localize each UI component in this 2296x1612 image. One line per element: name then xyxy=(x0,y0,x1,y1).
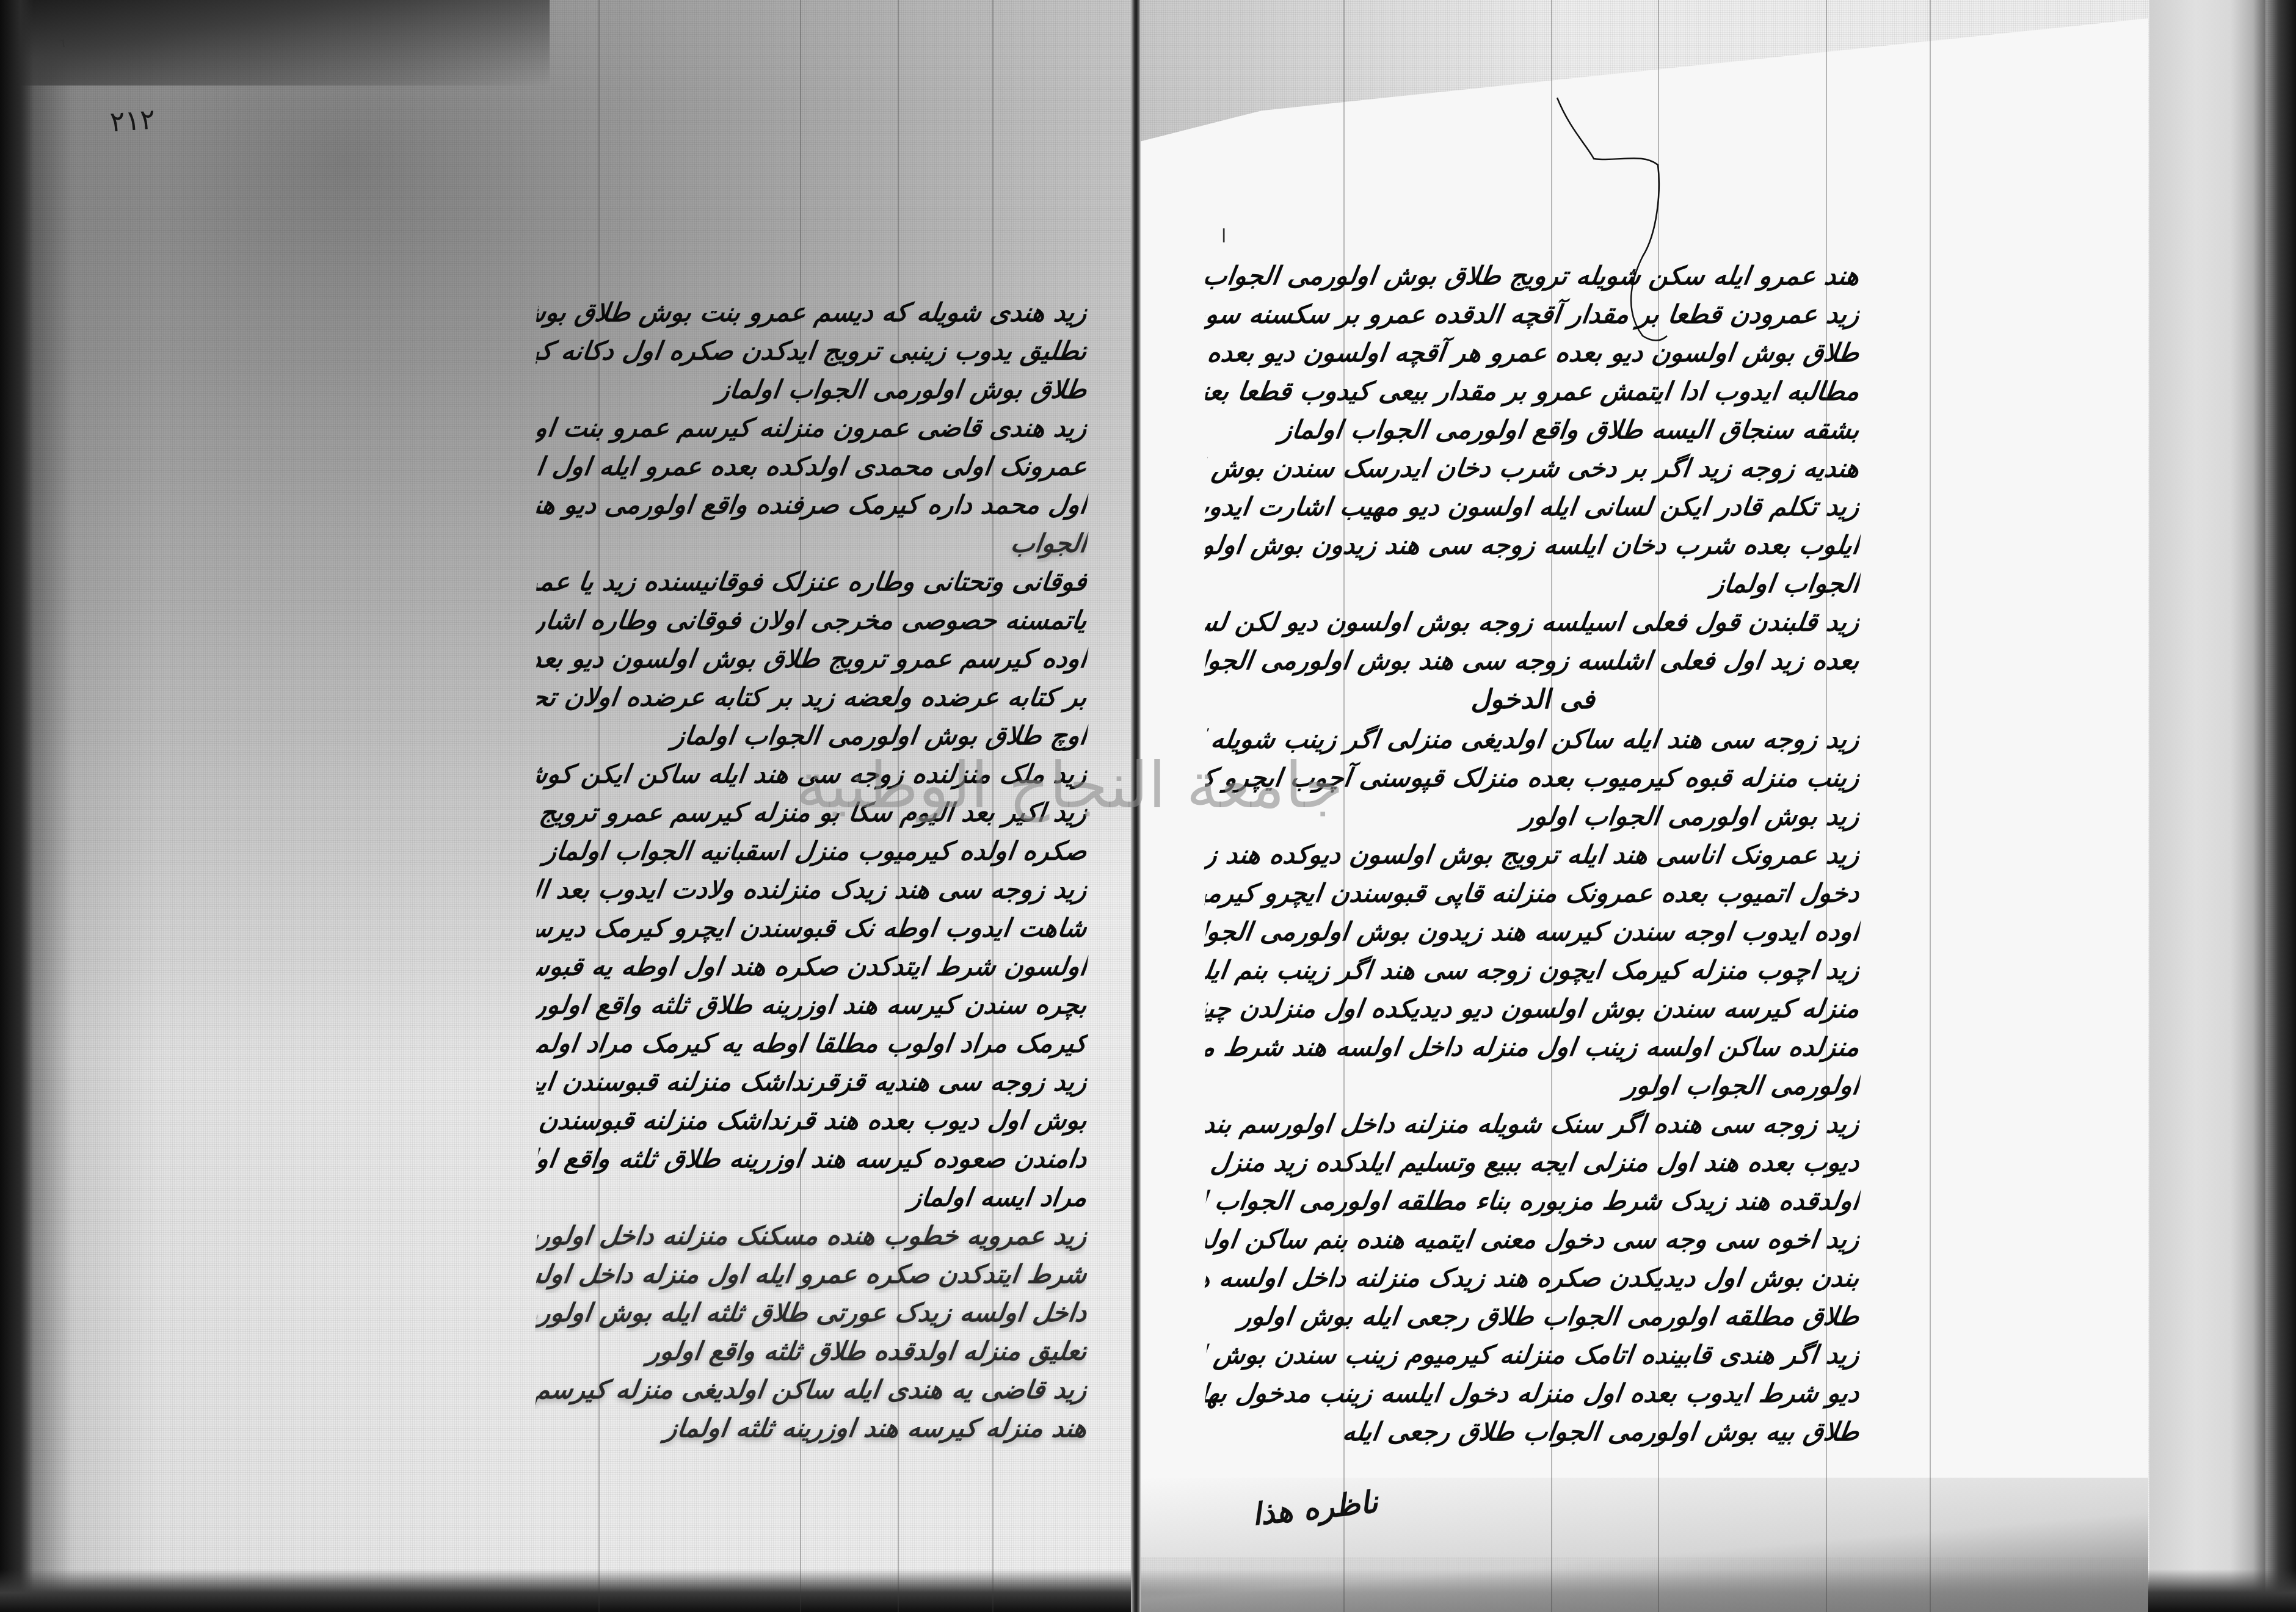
scan-edge-right xyxy=(2253,0,2296,1612)
right-page-text: هند عمرو ایله سکن شویله ترویج طلاق بوش ا… xyxy=(1206,256,1859,1451)
manuscript-line: زید زوجه سی هند ایله ساکن اولدیغی منزلی … xyxy=(1204,720,1862,758)
binding-gutter xyxy=(1131,0,1141,1612)
manuscript-line: عمرونک اولی محمدی اولدکده بعده عمرو ایله… xyxy=(535,447,1090,485)
manuscript-line: شرط ایتدکدن صکره عمرو ایله اول منزله داخ… xyxy=(535,1255,1090,1293)
manuscript-line: دیوب بعده هند اول منزلی ایجه ببیع وتسلیم… xyxy=(1204,1143,1862,1182)
manuscript-line: مراد ایسه اولماز xyxy=(535,1178,1090,1216)
manuscript-line: فوقانی وتحتانی وطاره عنزلک فوقانیسنده زی… xyxy=(535,562,1090,601)
manuscript-line: هند منزله کیرسه هند اوزرینه ثلثه اولماز xyxy=(535,1409,1090,1447)
manuscript-line: طلاق بوش اولورمی الجواب اولماز xyxy=(535,370,1090,408)
manuscript-line: زید اکیر بعد الیوم سکا بو منزله کیرسم عم… xyxy=(535,793,1090,832)
manuscript-line: الجواب xyxy=(535,524,1090,562)
scan-edge-left xyxy=(0,0,34,1612)
manuscript-line: زید اچوب منزله کیرمک ایچون زوجه سی هند ا… xyxy=(1204,951,1862,989)
manuscript-line: کیرمک مراد اولوب مطلقا اوطه یه کیرمک مرا… xyxy=(535,1024,1090,1062)
manuscript-line: منزلده ساکن اولسه زینب اول منزله داخل او… xyxy=(1204,1028,1862,1066)
manuscript-line: هند عمرو ایله سکن شویله ترویج طلاق بوش ا… xyxy=(1204,256,1862,295)
manuscript-line: ایلوب بعده شرب دخان ایلسه زوجه سی هند زی… xyxy=(1204,526,1862,564)
manuscript-line: منزله کیرسه سندن بوش اولسون دیو دیدیکده … xyxy=(1204,989,1862,1028)
manuscript-line: اوچ طلاق بوش اولورمی الجواب اولماز xyxy=(535,716,1090,755)
manuscript-line: زید زوجه سی هندیه قزقرنداشک منزلنه قبوسن… xyxy=(535,1062,1090,1101)
manuscript-line: طلاق مطلقه اولورمی الجواب طلاق رجعی ایله… xyxy=(1204,1297,1862,1335)
manuscript-line: زید تکلم قادر ایکن لسانی ایله اولسون دیو… xyxy=(1204,487,1862,526)
ruling-line xyxy=(1930,0,1931,1612)
left-page-text: زید هندی شویله که دیسم عمرو بنت بوش طلاق… xyxy=(537,293,1087,1447)
manuscript-line: دخول اتمیوب بعده عمرونک منزلنه قاپی قبوس… xyxy=(1204,874,1862,912)
manuscript-line: اولورمی الجواب اولور xyxy=(1204,1066,1862,1105)
manuscript-line: زید هندی قاضی عمرون منزلنه کیرسم عمرو بن… xyxy=(535,408,1090,447)
manuscript-line: اول محمد داره کیرمک صرفنده واقع اولورمی … xyxy=(535,485,1090,524)
manuscript-line: تطلیق یدوب زینبی ترویج ایدکدن صکره اول د… xyxy=(535,332,1090,370)
corner-mark: ٦ xyxy=(59,35,65,50)
manuscript-line: اوده کیرسم عمرو ترویج طلاق بوش اولسون دی… xyxy=(535,639,1090,678)
manuscript-line: طلاق بوش اولسون دیو بعده عمرو هر آقچه او… xyxy=(1204,333,1862,372)
manuscript-line: زید زوجه سی هند زیدک منزلنده ولادت ایدوب… xyxy=(535,870,1090,909)
manuscript-line: زید قاضی یه هندی ایله ساکن اولدیغی منزله… xyxy=(535,1370,1090,1409)
manuscript-line: شاهت ایدوب اوطه نک قبوسندن ایچرو کیرمک د… xyxy=(535,909,1090,947)
manuscript-line: هندیه زوجه زید اگر بر دخی شرب دخان ایدرس… xyxy=(1204,449,1862,487)
manuscript-line: زید عمرونک اناسی هند ایله ترویج بوش اولس… xyxy=(1204,835,1862,874)
manuscript-line: زید قلبندن قول فعلی اسیلسه زوجه بوش اولس… xyxy=(1204,603,1862,641)
manuscript-scan: ٦ ٢١٢ ا زید هندی شویله که دیسم عمرو بنت … xyxy=(0,0,2296,1612)
manuscript-line: زید ملک منزلنده زوجه سی هند ایله ساکن ای… xyxy=(535,755,1090,793)
manuscript-line: زینب منزله قبوه کیرمیوب بعده منزلک قپوسن… xyxy=(1204,758,1862,797)
manuscript-line: یاتمسنه حصوصی مخرجی اولان فوقانی وطاره ا… xyxy=(535,601,1090,639)
right-page-mark: ا xyxy=(1221,226,1226,247)
manuscript-line: الجواب اولماز xyxy=(1204,564,1862,603)
section-heading: فی الدخول xyxy=(1206,680,1859,720)
manuscript-line: طلاق بیه بوش اولورمی الجواب طلاق رجعی ای… xyxy=(1204,1412,1862,1451)
right-margin-strip xyxy=(2149,0,2265,1612)
manuscript-line: زید اخوه سی وجه سی دخول معنی ایتمیه هنده… xyxy=(1204,1220,1862,1258)
manuscript-line: بعده زید اول فعلی اشلسه زوجه سی هند بوش … xyxy=(1204,641,1862,680)
manuscript-line: زید اگر هندی قابینده اتامک منزلنه کیرمیو… xyxy=(1204,1335,1862,1374)
manuscript-line: داخل اولسه زیدک عورتی طلاق ثلثه ایله بوش… xyxy=(535,1293,1090,1332)
manuscript-line: دیو شرط ایدوب بعده اول منزله دخول ایلسه … xyxy=(1204,1374,1862,1412)
manuscript-line: بندن بوش اول دیدیکدن صکره هند زیدک منزلن… xyxy=(1204,1258,1862,1297)
manuscript-line: مطالبه ایدوب ادا ایتمش عمرو بر مقدار بیع… xyxy=(1204,372,1862,410)
manuscript-line: زید بوش اولورمی الجواب اولور xyxy=(1204,797,1862,835)
manuscript-line: دامندن صعوده کیرسه هند اوزرینه طلاق ثلثه… xyxy=(535,1139,1090,1178)
manuscript-line: زید زوجه سی هنده اگر سنک شویله منزلنه دا… xyxy=(1204,1105,1862,1143)
manuscript-line: بشقه سنجاق الیسه طلاق واقع اولورمی الجوا… xyxy=(1204,410,1862,449)
manuscript-line: اوده ایدوب اوجه سندن کیرسه هند زیدون بوش… xyxy=(1204,912,1862,951)
manuscript-line: زید عمرودن قطعا بر مقدار آقچه الدقده عمر… xyxy=(1204,295,1862,333)
manuscript-line: زید عمرویه خطوب هنده مسکنک منزلنه داخل ا… xyxy=(535,1216,1090,1255)
manuscript-line: بچره سندن کیرسه هند اوزرینه طلاق ثلثه وا… xyxy=(535,986,1090,1024)
manuscript-line: صکره اولده کیرمیوب منزل اسقبانیه الجواب … xyxy=(535,832,1090,870)
page-number: ٢١٢ xyxy=(109,102,156,138)
manuscript-line: بوش اول دیوب بعده هند قرنداشک منزلنه قبو… xyxy=(535,1101,1090,1139)
manuscript-line: اولسون شرط ایتدکدن صکره هند اول اوطه یه … xyxy=(535,947,1090,986)
manuscript-line: بر کتابه عرضده ولعضه زید بر کتابه عرضده … xyxy=(535,678,1090,716)
manuscript-line: اولدقده هند زیدک شرط مزبوره بناء مطلقه ا… xyxy=(1204,1182,1862,1220)
manuscript-line: تعلیق منزله اولدقده طلاق ثلثه واقع اولور xyxy=(535,1332,1090,1370)
manuscript-line: زید هندی شویله که دیسم عمرو بنت بوش طلاق… xyxy=(535,293,1090,332)
